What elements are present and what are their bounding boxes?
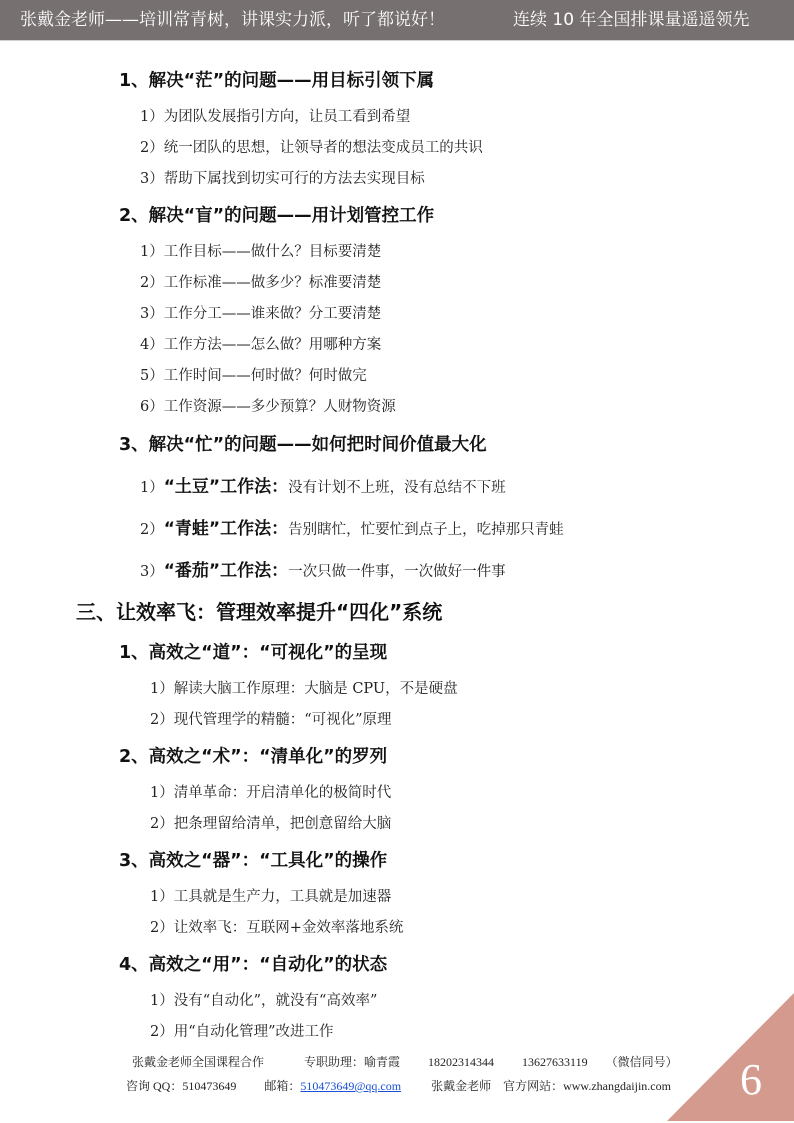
footer-qq: 咨询 QQ：510473649 — [126, 1079, 236, 1093]
item-prefix: 1） — [140, 480, 164, 496]
list-item: 1）解读大脑工作原理：大脑是 CPU，不是硬盘 — [150, 677, 458, 698]
list-item: 5）工作时间——何时做？何时做完 — [140, 364, 367, 385]
footer-assistant: 专职助理：喻青霞 — [304, 1055, 400, 1069]
method-name: “土豆”工作法： — [164, 477, 288, 497]
list-item: 2）用“自动化管理”改进工作 — [150, 1020, 334, 1041]
subsection-heading-3: 3、高效之“器”：“工具化”的操作 — [119, 847, 387, 872]
method-name: “番茄”工作法： — [164, 561, 288, 581]
footer-contact-line-2: 咨询 QQ：510473649 邮箱：510473649@qq.com 张戴金老… — [126, 1077, 671, 1094]
list-item: 3）工作分工——谁来做？分工要清楚 — [140, 302, 381, 323]
list-item: 2）工作标准——做多少？标准要清楚 — [140, 271, 381, 292]
item-prefix: 3） — [140, 564, 164, 580]
footer-cooperation: 张戴金老师全国课程合作 — [132, 1055, 264, 1069]
list-item: 1）工具就是生产力，工具就是加速器 — [150, 885, 391, 906]
section-heading-2: 2、解决“盲”的问题——用计划管控工作 — [119, 202, 434, 227]
footer-phone-1: 18202314344 — [428, 1055, 494, 1069]
list-item: 2）把条理留给清单，把创意留给大脑 — [150, 812, 391, 833]
section-heading-3: 3、解决“忙”的问题——如何把时间价值最大化 — [119, 431, 487, 456]
list-item: 1）没有“自动化”，就没有“高效率” — [150, 989, 377, 1010]
footer-teacher: 张戴金老师 — [431, 1079, 491, 1093]
method-desc: 告别瞎忙，忙要忙到点子上，吃掉那只青蛙 — [288, 522, 564, 538]
list-item: 6）工作资源——多少预算？人财物资源 — [140, 395, 396, 416]
header-slogan: 张戴金老师——培训常青树，讲课实力派，听了都说好！ — [20, 0, 445, 40]
footer-phone-2: 13627633119 — [522, 1055, 588, 1069]
list-item-method: 3）“番茄”工作法：一次只做一件事，一次做好一件事 — [140, 556, 506, 581]
section-heading-1: 1、解决“茫”的问题——用目标引领下属 — [119, 67, 434, 92]
list-item: 2）现代管理学的精髓：“可视化”原理 — [150, 708, 392, 729]
list-item-method: 2）“青蛙”工作法：告别瞎忙，忙要忙到点子上，吃掉那只青蛙 — [140, 514, 564, 539]
chapter-heading: 三、让效率飞：管理效率提升“四化”系统 — [76, 596, 442, 625]
method-desc: 没有计划不上班，没有总结不下班 — [288, 480, 506, 496]
list-item: 1）清单革命：开启清单化的极简时代 — [150, 781, 391, 802]
header-tagline: 连续 10 年全国排课量遥遥领先 — [513, 0, 749, 40]
footer-website[interactable]: 官方网站：www.zhangdaijin.com — [503, 1079, 671, 1093]
item-prefix: 2） — [140, 522, 164, 538]
subsection-heading-1: 1、高效之“道”：“可视化”的呈现 — [119, 639, 387, 664]
footer-contact-line-1: 张戴金老师全国课程合作 专职助理：喻青霞 18202314344 1362763… — [132, 1053, 678, 1070]
list-item: 1）工作目标——做什么？目标要清楚 — [140, 240, 381, 261]
footer-wechat-note: （微信同号） — [606, 1055, 678, 1069]
list-item: 1）为团队发展指引方向，让员工看到希望 — [140, 105, 410, 126]
list-item: 2）统一团队的思想，让领导者的想法变成员工的共识 — [140, 136, 483, 157]
footer-email-label: 邮箱： — [264, 1079, 300, 1093]
method-desc: 一次只做一件事，一次做好一件事 — [288, 564, 506, 580]
subsection-heading-2: 2、高效之“术”：“清单化”的罗列 — [119, 743, 387, 768]
list-item-method: 1）“土豆”工作法：没有计划不上班，没有总结不下班 — [140, 472, 506, 497]
header-banner: 张戴金老师——培训常青树，讲课实力派，听了都说好！ 连续 10 年全国排课量遥遥… — [0, 0, 794, 41]
method-name: “青蛙”工作法： — [164, 519, 288, 539]
page-number: 6 — [740, 1058, 762, 1102]
list-item: 4）工作方法——怎么做？用哪种方案 — [140, 333, 381, 354]
subsection-heading-4: 4、高效之“用”：“自动化”的状态 — [119, 951, 387, 976]
footer-email-link[interactable]: 510473649@qq.com — [300, 1079, 401, 1093]
list-item: 3）帮助下属找到切实可行的方法去实现目标 — [140, 167, 425, 188]
list-item: 2）让效率飞：互联网+金效率落地系统 — [150, 916, 403, 937]
